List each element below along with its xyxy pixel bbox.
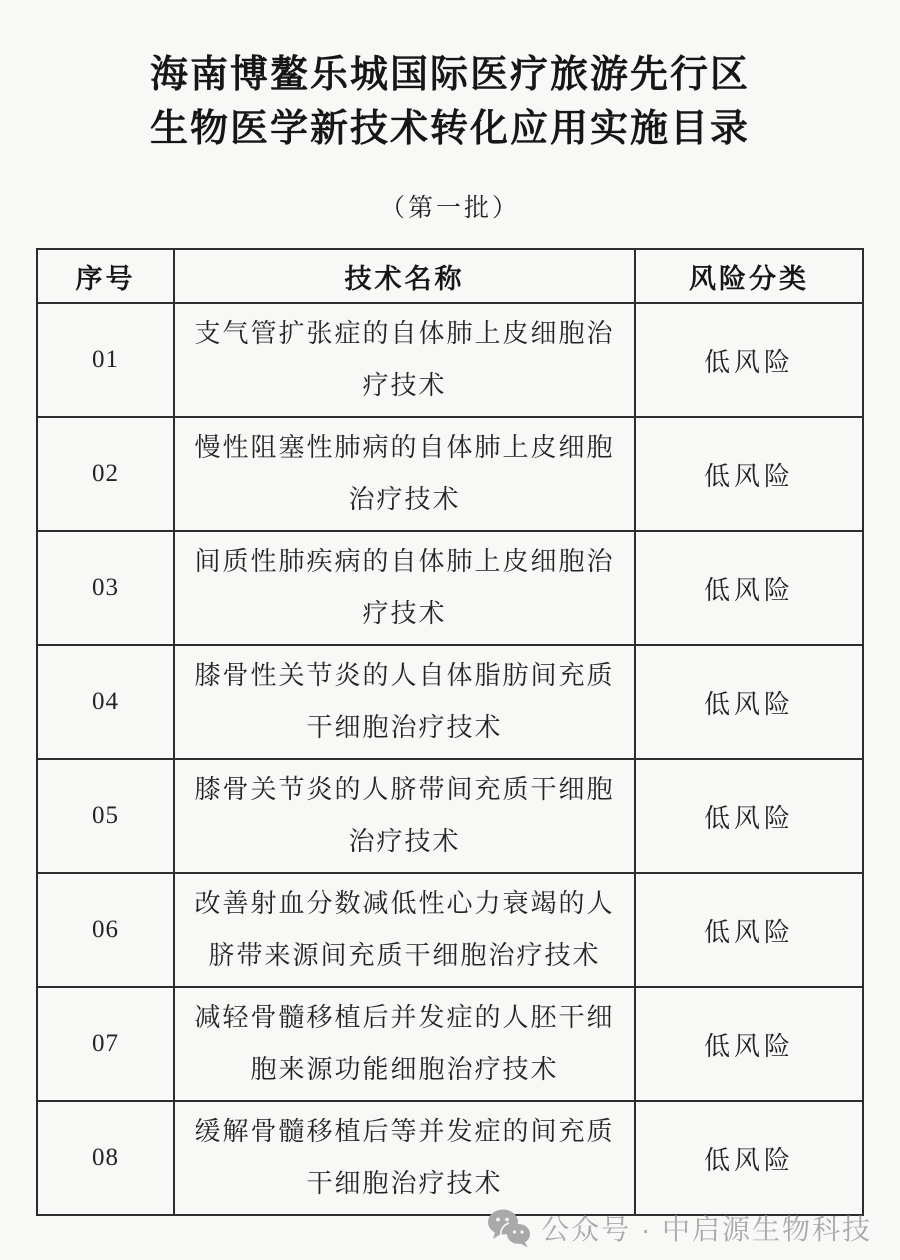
row-name: 膝骨性关节炎的人自体脂肪间充质干细胞治疗技术	[174, 645, 635, 759]
document-page: 海南博鳌乐城国际医疗旅游先行区 生物医学新技术转化应用实施目录 （第一批） 序号…	[0, 0, 900, 1260]
row-no: 06	[37, 873, 174, 987]
table-row: 02 慢性阻塞性肺病的自体肺上皮细胞治疗技术 低风险	[37, 417, 863, 531]
title-line-1: 海南博鳌乐城国际医疗旅游先行区	[0, 48, 900, 102]
row-risk: 低风险	[635, 531, 863, 645]
row-risk: 低风险	[635, 417, 863, 531]
row-name: 改善射血分数减低性心力衰竭的人脐带来源间充质干细胞治疗技术	[174, 873, 635, 987]
wechat-icon	[487, 1208, 531, 1248]
header-serial-number: 序号	[37, 249, 174, 303]
document-subtitle: （第一批）	[0, 188, 900, 224]
row-risk: 低风险	[635, 1101, 863, 1215]
table-row: 05 膝骨关节炎的人脐带间充质干细胞治疗技术 低风险	[37, 759, 863, 873]
table-row: 08 缓解骨髓移植后等并发症的间充质干细胞治疗技术 低风险	[37, 1101, 863, 1215]
table-row: 06 改善射血分数减低性心力衰竭的人脐带来源间充质干细胞治疗技术 低风险	[37, 873, 863, 987]
row-no: 08	[37, 1101, 174, 1215]
technology-catalog-table: 序号 技术名称 风险分类 01 支气管扩张症的自体肺上皮细胞治疗技术 低风险 0…	[36, 248, 864, 1216]
row-name: 减轻骨髓移植后并发症的人胚干细胞来源功能细胞治疗技术	[174, 987, 635, 1101]
header-risk-classification: 风险分类	[635, 249, 863, 303]
table-body: 01 支气管扩张症的自体肺上皮细胞治疗技术 低风险 02 慢性阻塞性肺病的自体肺…	[37, 303, 863, 1215]
row-risk: 低风险	[635, 873, 863, 987]
row-risk: 低风险	[635, 645, 863, 759]
table-row: 01 支气管扩张症的自体肺上皮细胞治疗技术 低风险	[37, 303, 863, 417]
row-no: 05	[37, 759, 174, 873]
row-name: 支气管扩张症的自体肺上皮细胞治疗技术	[174, 303, 635, 417]
row-risk: 低风险	[635, 759, 863, 873]
row-name: 缓解骨髓移植后等并发症的间充质干细胞治疗技术	[174, 1101, 635, 1215]
wechat-watermark: 公众号 · 中启源生物科技	[487, 1208, 872, 1248]
table-row: 03 间质性肺疾病的自体肺上皮细胞治疗技术 低风险	[37, 531, 863, 645]
row-no: 07	[37, 987, 174, 1101]
row-no: 04	[37, 645, 174, 759]
row-risk: 低风险	[635, 303, 863, 417]
table-header-row: 序号 技术名称 风险分类	[37, 249, 863, 303]
row-name: 慢性阻塞性肺病的自体肺上皮细胞治疗技术	[174, 417, 635, 531]
row-name: 间质性肺疾病的自体肺上皮细胞治疗技术	[174, 531, 635, 645]
row-risk: 低风险	[635, 987, 863, 1101]
row-name: 膝骨关节炎的人脐带间充质干细胞治疗技术	[174, 759, 635, 873]
table-row: 04 膝骨性关节炎的人自体脂肪间充质干细胞治疗技术 低风险	[37, 645, 863, 759]
title-line-2: 生物医学新技术转化应用实施目录	[0, 102, 900, 156]
document-title: 海南博鳌乐城国际医疗旅游先行区 生物医学新技术转化应用实施目录	[0, 0, 900, 156]
row-no: 02	[37, 417, 174, 531]
table-row: 07 减轻骨髓移植后并发症的人胚干细胞来源功能细胞治疗技术 低风险	[37, 987, 863, 1101]
row-no: 03	[37, 531, 174, 645]
row-no: 01	[37, 303, 174, 417]
watermark-text: 公众号 · 中启源生物科技	[541, 1208, 872, 1248]
header-technology-name: 技术名称	[174, 249, 635, 303]
